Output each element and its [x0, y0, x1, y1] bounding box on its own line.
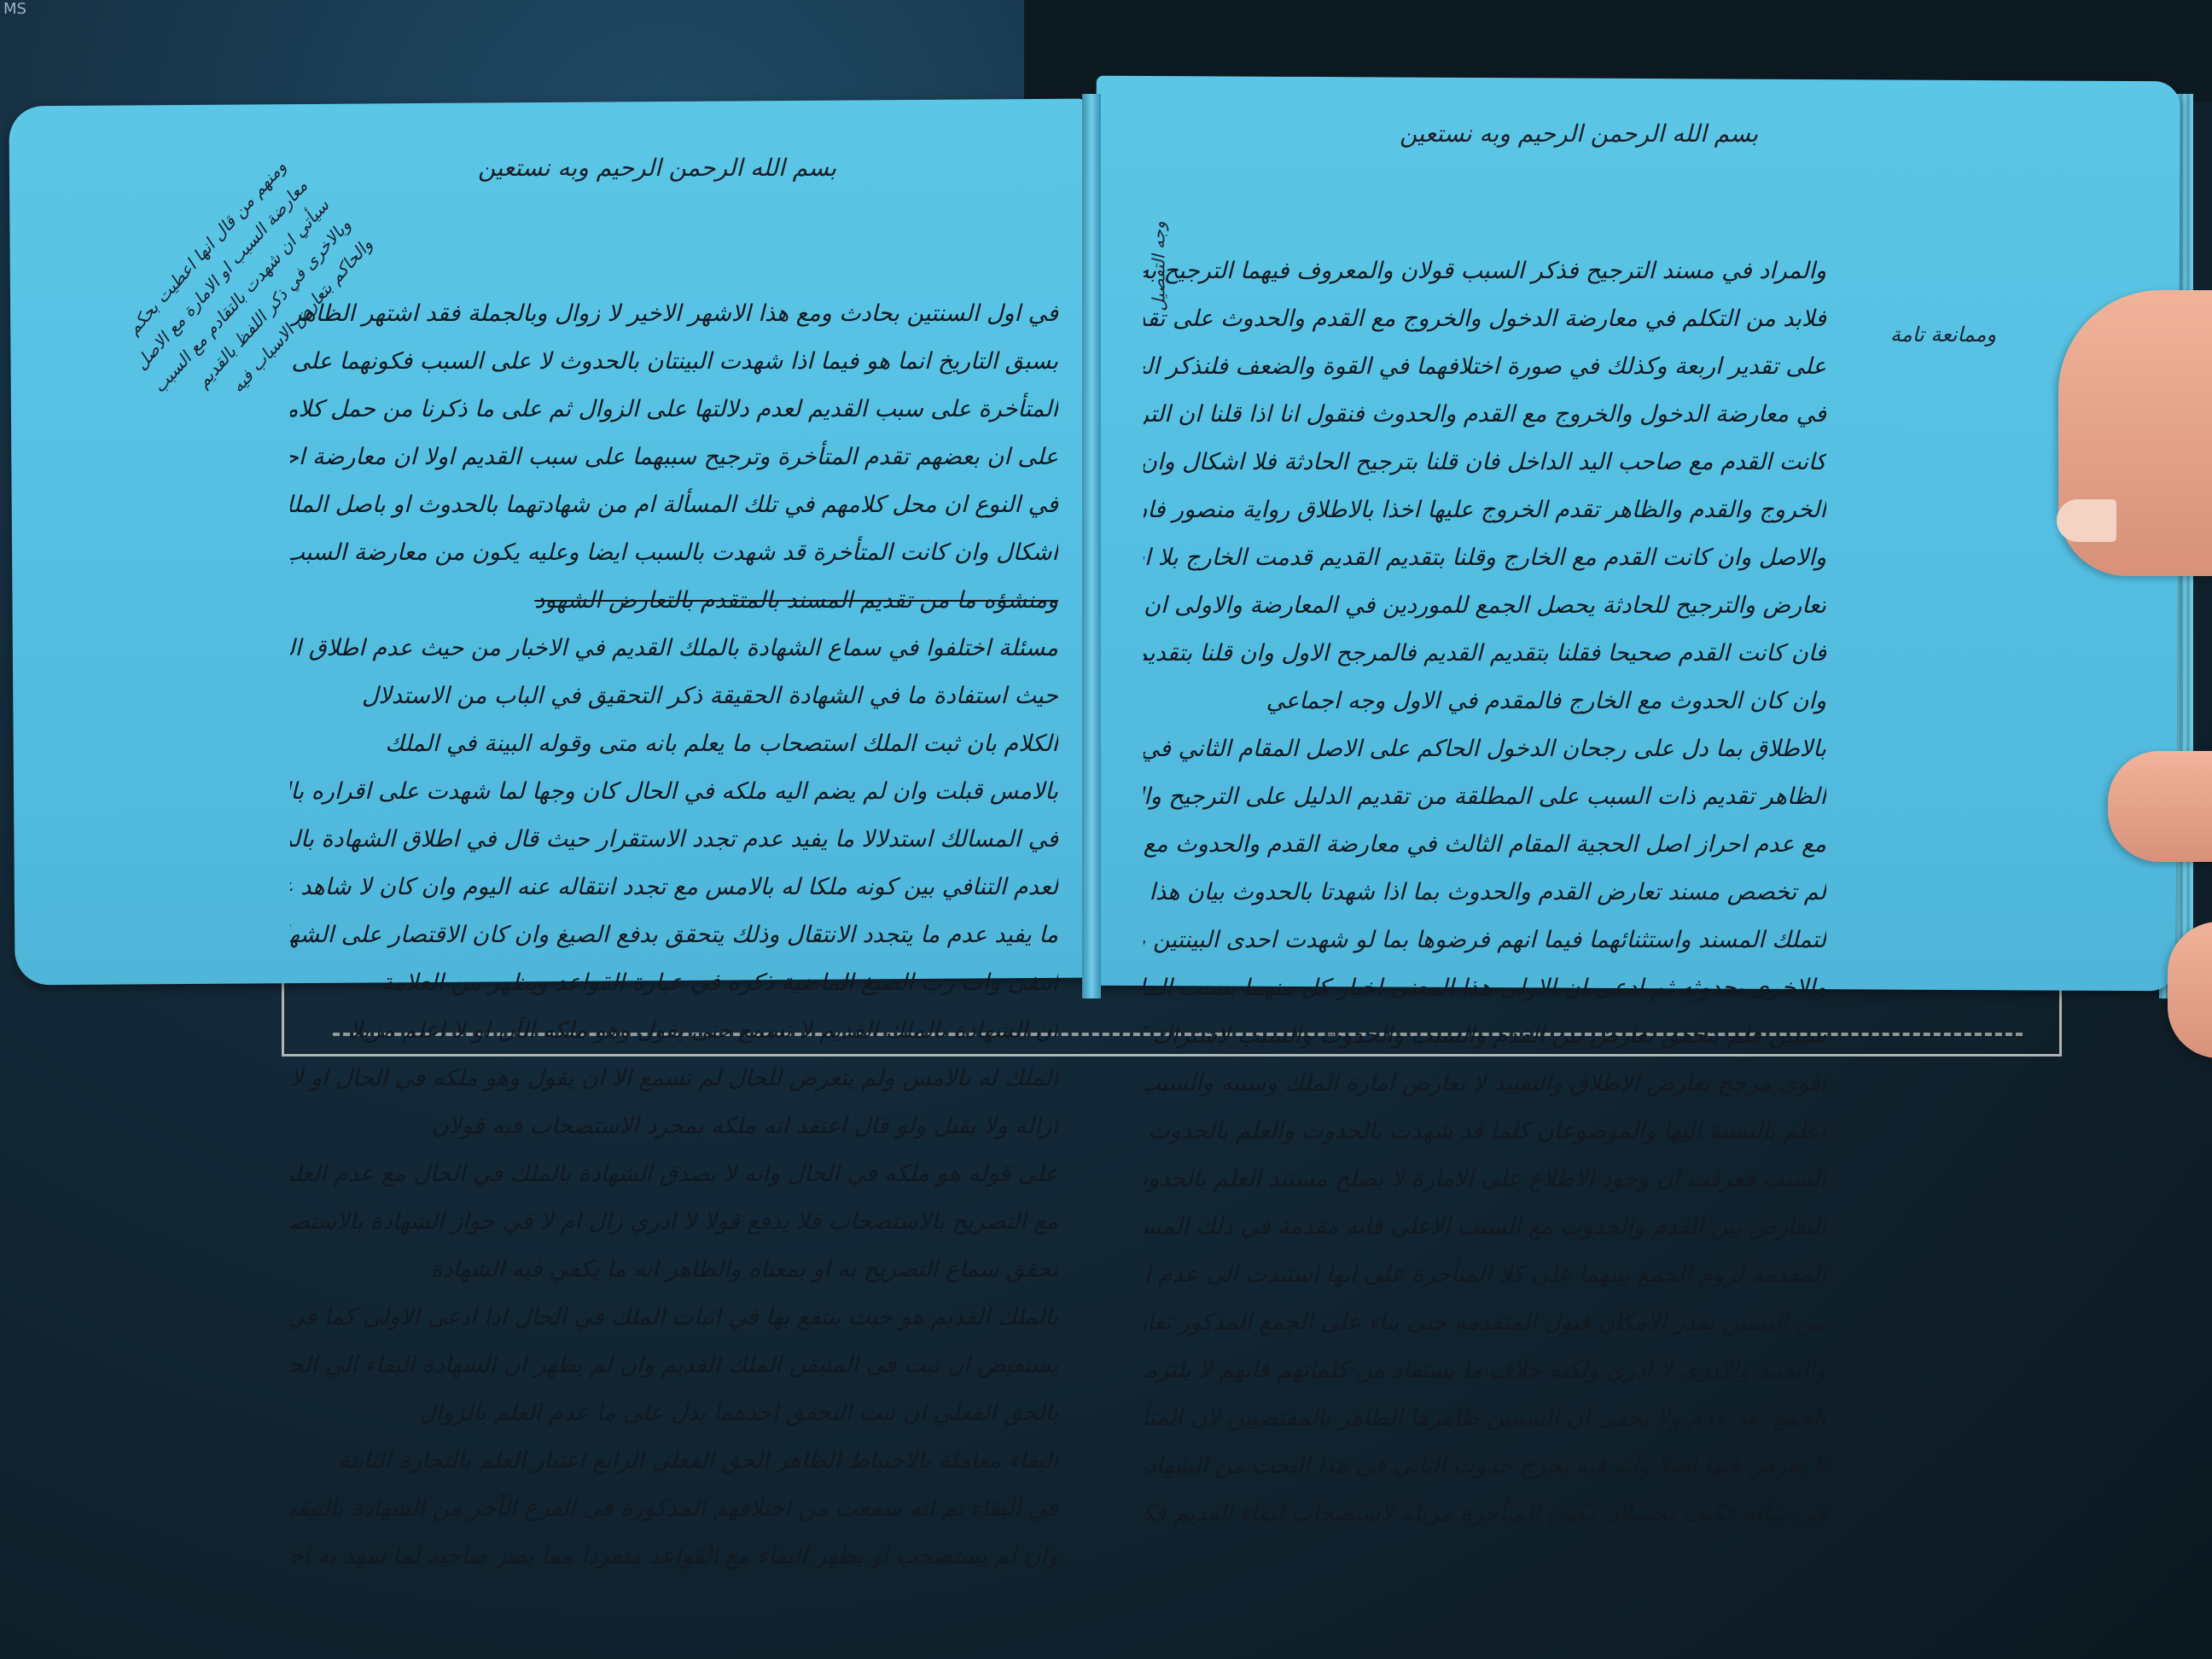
- manuscript-line: لا يفرض فيها اصلا وانه فيه تخرج حدوث الث…: [1144, 1442, 1826, 1490]
- manuscript-line: حيث استفادة ما في الشهادة الحقيقة ذكر ال…: [290, 672, 1058, 720]
- manuscript-line: اعلم بالنسبة اليها والموضوعان كلما قد شه…: [1144, 1108, 1826, 1155]
- manuscript-line: اشكال وان كانت المتأخرة قد شهدت بالسبب ا…: [290, 529, 1058, 577]
- manuscript-line: ان الشهادة بالملك القديم لا تسمع حتى يقو…: [290, 1007, 1058, 1055]
- manuscript-line: بالامس قبلت وان لم يضم اليه ملكه في الحا…: [290, 768, 1058, 816]
- manuscript-line: ما يفيد عدم ما يتجدد الانتقال وذلك يتحقق…: [290, 911, 1058, 959]
- manuscript-line: الجمع بعد عدم ولا يخفى ان السببين ظاهرها…: [1144, 1394, 1826, 1442]
- manuscript-line: والاخرى بحدوثه ثم ادعى ان الاولى هذا الم…: [1144, 964, 1826, 1012]
- corner-label: MS: [3, 0, 26, 18]
- manuscript-line: الكلام بان ثبت الملك استصحاب ما يعلم بان…: [290, 720, 1058, 768]
- manuscript-line: وان كان الحدوث مع الخارج فالمقدم في الاو…: [1144, 678, 1826, 725]
- manuscript-line: لم تخصص مسند تعارض القدم والحدوث بما اذا…: [1144, 869, 1826, 917]
- right-page-text: والمراد في مسند الترجيح فذكر السبب قولان…: [1144, 247, 1826, 1538]
- manuscript-line: بالاطلاق بما دل على رجحان الدخول الحاكم …: [1144, 725, 1826, 773]
- manuscript-line: اقوى مرجح تعارض الاطلاق والتقييد لا تعار…: [1144, 1060, 1826, 1108]
- manuscript-line: التعارض بين القدم والحدوث مع السبب الاعل…: [1144, 1203, 1826, 1251]
- manuscript-line: في النوع ان محل كلامهم في تلك المسألة ام…: [290, 481, 1058, 529]
- manuscript-line: ازالة ولا يقبل ولو قال اعتقد انه ملكه بم…: [290, 1103, 1058, 1150]
- manuscript-line: مسئلة اختلفوا في سماع الشهادة بالملك الق…: [290, 625, 1058, 672]
- manuscript-line: تحقق سماع التصريح به او بمعناه والظاهر ا…: [290, 1246, 1058, 1294]
- manuscript-line: مع عدم احراز اصل الحجية المقام الثالث في…: [1144, 821, 1826, 869]
- manuscript-line: السبب فعرفت ان وجود الاطلاع على الامارة …: [1144, 1155, 1826, 1203]
- manuscript-line: في اول السنتين بحادث ومع هذا الاشهر الاخ…: [290, 290, 1058, 338]
- manuscript-line: على ان بعضهم تقدم المتأخرة وترجيح سببهما…: [290, 434, 1058, 481]
- manuscript-line: يستفيض ان ثبت في المتيقن الملك القديم وا…: [290, 1342, 1058, 1389]
- manuscript-line: سببين فلم يتحقق تعارض بين القدم والسبب و…: [1144, 1012, 1826, 1060]
- manuscript-line: كانت القدم مع صاحب اليد الداخل فان قلنا …: [1144, 439, 1826, 486]
- manuscript-line: المتأخرة على سبب القديم لعدم دلالتها على…: [290, 386, 1058, 434]
- manuscript-line: المقدمة لزوم الجمع بينهما على كلا المتأخ…: [1144, 1251, 1826, 1299]
- manuscript-line: الخروج والقدم والظاهر تقدم الخروج عليها …: [1144, 486, 1826, 534]
- manuscript-line: انتفى وات رب الصيغ الماضية ذكره في عبارة…: [290, 959, 1058, 1007]
- manuscript-line: تعارض والترجيح للحادثة يحصل الجمع للمورد…: [1144, 582, 1826, 630]
- manuscript-line: فلابد من التكلم في معارضة الدخول والخروج…: [1144, 295, 1826, 343]
- left-page-heading: بسم الله الرحمن الرحيم وبه نستعين: [478, 154, 836, 182]
- manuscript-line: البقاء معاملة بالاحتياط الظاهر الحق الفع…: [290, 1437, 1058, 1485]
- right-vertical-margin-note: وجه التفصيل: [1144, 221, 1173, 311]
- struck-manuscript-line: ومنشؤه ما من تقديم المسند بالمتقدم بالتع…: [290, 577, 1058, 625]
- manuscript-line: لتملك المسند واستثنائهما فيما انهم فرضوه…: [1144, 917, 1826, 964]
- manuscript-line: بسبق التاريخ انما هو فيما اذا شهدت البين…: [290, 338, 1058, 386]
- manuscript-line: بالحق الفعلي ان ثبت التحقق احدهما يدل عل…: [290, 1389, 1058, 1437]
- right-side-note: وممانعة تامة: [1890, 320, 1996, 349]
- manuscript-line: فان كانت القدم صحيحا فقلنا بتقديم القديم…: [1144, 630, 1826, 678]
- manuscript-line: في معارضة الدخول والخروج مع القدم والحدو…: [1144, 391, 1826, 439]
- right-page-heading: بسم الله الرحمن الرحيم وبه نستعين: [1400, 119, 1758, 148]
- manuscript-line: بين البينتين بقدر الامكان قبول المتقدمة …: [1144, 1299, 1826, 1347]
- index-finger: [2108, 751, 2212, 862]
- manuscript-line: في شأنه فكيف يحتملان يكون المتأخرة مزيلة…: [1144, 1490, 1826, 1538]
- manuscript-line: والاصل وان كانت القدم مع الخارج وقلنا بت…: [1144, 534, 1826, 582]
- manuscript-line: لعدم التنافي بين كونه ملكا له بالامس مع …: [290, 864, 1058, 911]
- manuscript-line: وان لم يستصحب او يظهر البقاء مع القواعد …: [290, 1533, 1058, 1580]
- manuscript-line: الظاهر تقديم ذات السبب على المطلقة من تق…: [1144, 773, 1826, 821]
- manuscript-line: والتقييد والادري لا ادري ولكنه خلاف ما ي…: [1144, 1347, 1826, 1394]
- manuscript-line: والمراد في مسند الترجيح فذكر السبب قولان…: [1144, 247, 1826, 295]
- manuscript-line: على تقدير اربعة وكذلك في صورة اختلافهما …: [1144, 343, 1826, 391]
- book-gutter: [1082, 94, 1101, 998]
- thumbnail: [2057, 499, 2116, 542]
- manuscript-line: بالملك القديم هو حيث ينتفع بها في اثبات …: [290, 1294, 1058, 1342]
- left-page-text: في اول السنتين بحادث ومع هذا الاشهر الاخ…: [290, 290, 1058, 1580]
- manuscript-line: الملك له بالامس ولم يتعرض للحال لم تسمع …: [290, 1055, 1058, 1103]
- manuscript-line: في المسالك استدلالا ما يفيد عدم تجدد الا…: [290, 816, 1058, 864]
- manuscript-line: في البقاء ثم انه سمعت من اختلافهم المذكو…: [290, 1485, 1058, 1533]
- manuscript-line: مع التصريح بالاستصحاب فلا يدفع قولا لا ا…: [290, 1198, 1058, 1246]
- manuscript-line: على قوله هو ملكه في الحال وانه لا يصدق ا…: [290, 1150, 1058, 1198]
